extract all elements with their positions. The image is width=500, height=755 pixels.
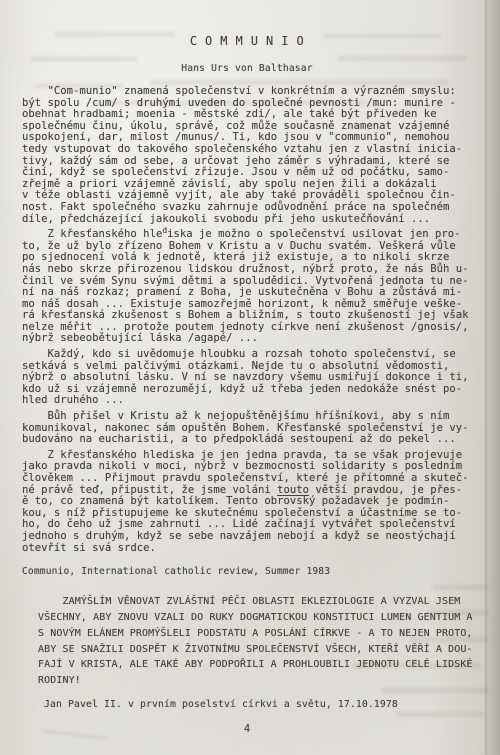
paragraph-depth-of-community: Každý, kdo si uvědomuje hloubku a rozsah… — [22, 349, 492, 407]
paragraph-god-in-christ: Bůh přišel v Kristu až k nejopuštěnějším… — [22, 411, 492, 446]
source-citation: Communio, International catholic review,… — [22, 566, 492, 578]
paragraph-communio-meaning: "Com-munio" znamená společenství v konkr… — [22, 86, 492, 225]
papal-quote-block: ZAMÝŠLÍM VĚNOVAT ZVLÁŠTNÍ PÉČI OBLASTI E… — [38, 594, 492, 689]
document-content: C O M M U N I O Hans Urs von Balthasar "… — [0, 0, 500, 736]
scanned-document-page: C O M M U N I O Hans Urs von Balthasar "… — [0, 0, 500, 755]
page-title: C O M M U N I O — [22, 35, 472, 47]
author-name: Hans Urs von Balthasar — [22, 63, 472, 75]
paragraph-christian-view: Z křesťanského hlediska je možno o spole… — [22, 229, 492, 345]
page-number: 4 — [22, 723, 472, 736]
quote-attribution: Jan Pavel II. v prvním poselství církvi … — [44, 699, 492, 711]
paragraph-text: Z křesťanského hle — [22, 228, 162, 240]
paragraph-text: iska je možno o společenství usilovat je… — [22, 228, 468, 344]
underlined-word: touto — [277, 484, 309, 496]
paragraph-text: větší pravdou, je přes- ě to, co znamená… — [22, 484, 462, 554]
paragraph-one-truth: Z křesťanského hlediska je jen jedna pra… — [22, 450, 492, 554]
